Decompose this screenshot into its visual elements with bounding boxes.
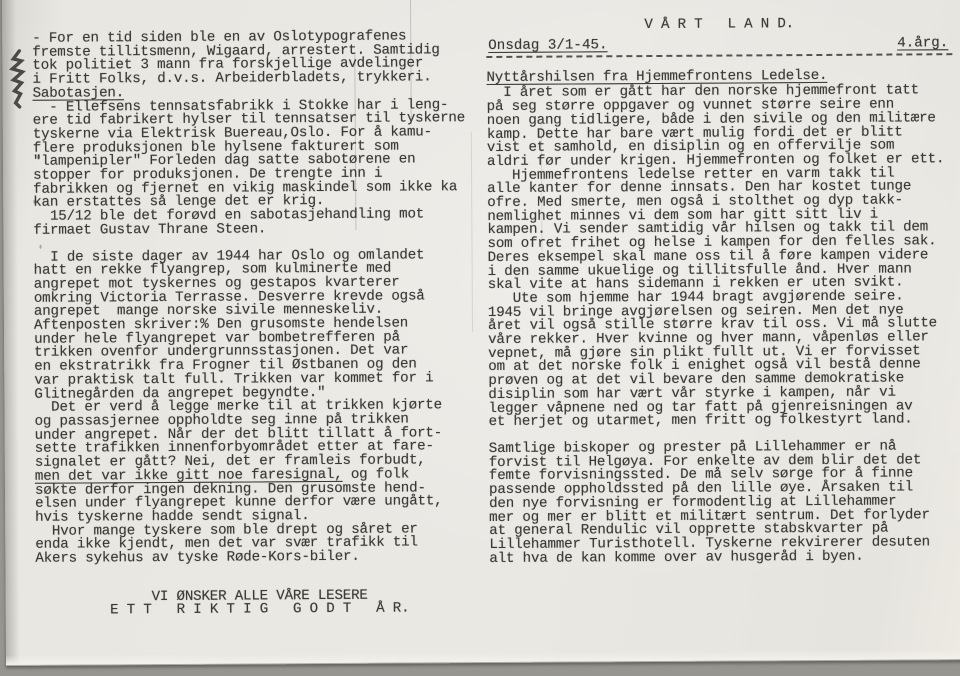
new-year-greeting-line2: E T T R I K T I G G O D T Å R. xyxy=(36,602,484,618)
article-biskoper: Samtlige biskoper og prester på Lilleham… xyxy=(489,440,956,566)
article-nyttarshilsen: I året som er gått har den norske hjemme… xyxy=(487,85,955,430)
handwritten-margin-scribble-icon xyxy=(5,47,31,117)
article-flyangrep: I de siste dager av 1944 har Oslo og oml… xyxy=(34,249,484,567)
scanned-newspaper-page: - For en tid siden ble en av Oslotypogra… xyxy=(2,0,960,666)
article-flyangrep-text: I de siste dager av 1944 har Oslo og oml… xyxy=(34,247,443,471)
right-column: V Å R T L A N D. Onsdag 3/1-45. 4.årg. N… xyxy=(486,17,955,566)
left-column: - For en tid siden ble en av Oslotypogra… xyxy=(32,30,484,619)
article-flyangrep-text: og folk søkte derfor ingen dekning. Den … xyxy=(35,466,443,567)
issue-date: Onsdag 3/1-45. xyxy=(488,38,607,53)
newspaper-masthead: V Å R T L A N D. xyxy=(486,17,952,34)
article-typographer-arrest: - For en tid siden ble en av Oslotypogra… xyxy=(32,30,480,88)
article-sabotasje: - Ellefsens tennsatsfabrikk i Stokke har… xyxy=(33,99,482,239)
issue-volume: 4.årg. xyxy=(897,36,948,50)
dateline-row: Onsdag 3/1-45. 4.årg. xyxy=(486,36,952,58)
